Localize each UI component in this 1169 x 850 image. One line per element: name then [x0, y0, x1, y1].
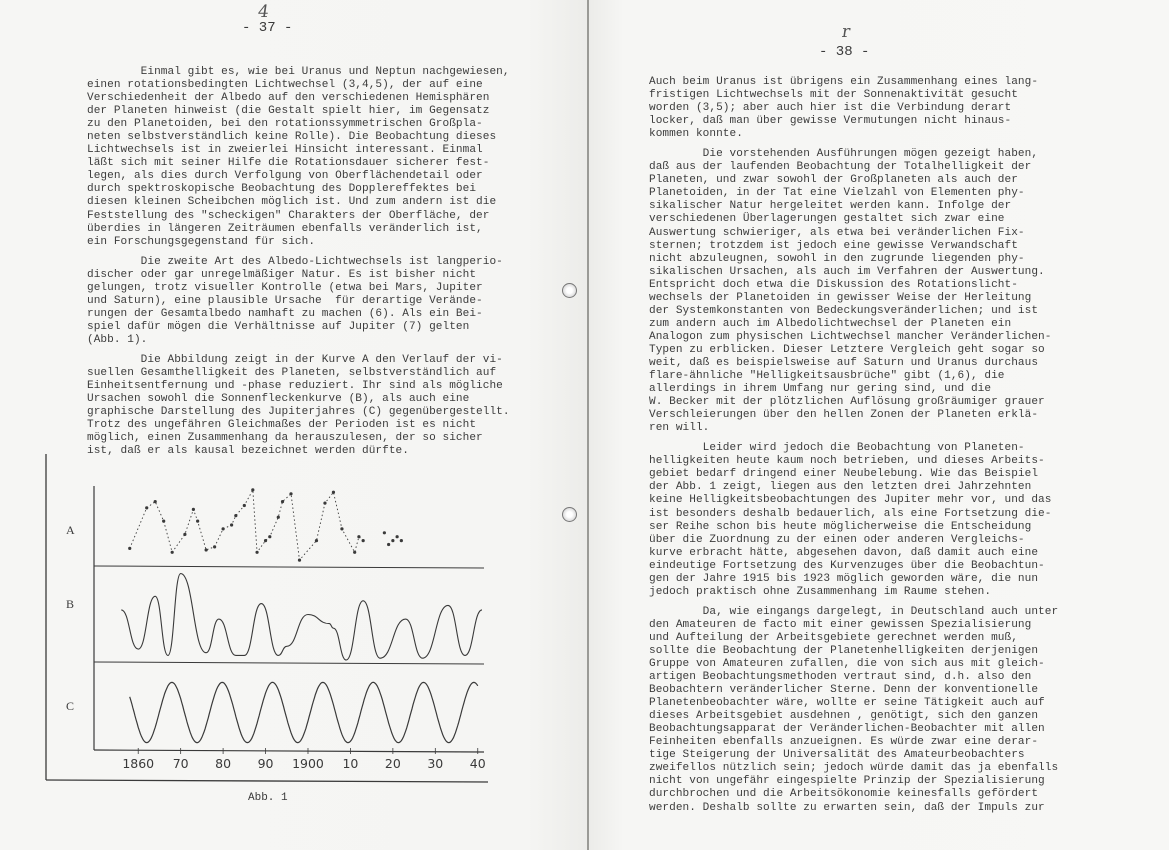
svg-text:90: 90 [258, 756, 274, 771]
text-line: sternen; trotzdem ist jedoch eine gewiss… [649, 240, 1058, 253]
svg-text:20: 20 [385, 756, 401, 771]
text-line: und Aufteilung der Arbeitsgebiete gerech… [649, 632, 1058, 645]
text-line: überdies in längeren Zeiträumen ebenfall… [87, 223, 510, 236]
text-line: Gruppe von Amateuren zufallen, die von s… [649, 658, 1058, 671]
paragraph: Auch beim Uranus ist übrigens ein Zusamm… [649, 76, 1058, 141]
paragraph: Die zweite Art des Albedo-Lichtwechsels … [87, 256, 510, 347]
text-line: über die Zuordnung zu der einen oder and… [649, 534, 1058, 547]
paragraph: Da, wie eingangs dargelegt, in Deutschla… [649, 606, 1058, 815]
text-line: eindeutige Fortsetzung des Kurvenzuges ü… [649, 560, 1058, 573]
text-line: einen rotationsbedingten Lichtwechsel (3… [87, 79, 510, 92]
text-line: artigen Beobachtungsmethoden vertraut si… [649, 671, 1058, 684]
text-line: nicht von ungefähr eingespielte Prinzip … [649, 775, 1058, 788]
text-line: neten selbstverständlich keine Rolle). D… [87, 131, 510, 144]
svg-text:70: 70 [173, 756, 189, 771]
text-line: Entspricht doch etwa die Diskussion des … [649, 279, 1058, 292]
text-line: und Saturn), eine plausible Ursache für … [87, 295, 510, 308]
text-line: spiel dafür mögen die Verhältnisse auf J… [87, 321, 510, 334]
handwritten-page-mark: 4 [257, 2, 271, 22]
page-number: - 38 - [819, 44, 869, 60]
svg-text:B: B [66, 597, 74, 611]
right-body-text: Auch beim Uranus ist übrigens ein Zusamm… [649, 76, 1058, 822]
text-line: diesen kleinen Scheibchen möglich ist. U… [87, 196, 510, 209]
text-line: W. Becker mit der plötzlichen Auflösung … [649, 396, 1058, 409]
text-line: ist besonders deshalb bedauerlich, als e… [649, 508, 1058, 521]
text-line: gebiet bedarf dringend einer Neubelebung… [649, 468, 1058, 481]
text-line: gen der Jahre 1915 bis 1923 möglich gewo… [649, 573, 1058, 586]
left-body-text: Einmal gibt es, wie bei Uranus und Neptu… [87, 66, 510, 465]
text-line: (Abb. 1). [87, 334, 510, 347]
scanned-book-spread: 4 - 37 - Einmal gibt es, wie bei Uranus … [0, 0, 1169, 850]
text-line: fristigen Lichtwechsels mit der Sonnenak… [649, 89, 1058, 102]
text-line: dieses Arbeitsgebiet ausdehnen , genötig… [649, 710, 1058, 723]
text-line: durch spektroskopische Beobachtung des D… [87, 183, 510, 196]
text-line: suellen Gesamthelligkeit des Planeten, s… [87, 367, 510, 380]
page-number: - 37 - [242, 20, 292, 36]
text-line: Trotz des ungefähren Gleichmaßes der Per… [87, 419, 510, 432]
right-page: r - 38 - Auch beim Uranus ist übrigens e… [589, 0, 1169, 850]
text-line: Lichtwechsels ist in zweierlei Hinsicht … [87, 144, 510, 157]
left-page: 4 - 37 - Einmal gibt es, wie bei Uranus … [0, 0, 587, 850]
handwritten-page-mark: r [841, 22, 852, 42]
text-line: Planetenbeobachter wäre, wollte er seine… [649, 697, 1058, 710]
svg-text:30: 30 [427, 756, 443, 771]
text-line: Auch beim Uranus ist übrigens ein Zusamm… [649, 76, 1058, 89]
text-line: Planeten, und zwar sowohl der Großplanet… [649, 174, 1058, 187]
text-line: ren will. [649, 422, 1058, 435]
figure-abb-1: ABC1860708090190010203040 [44, 454, 489, 784]
text-line: Die Abbildung zeigt in der Kurve A den V… [87, 354, 510, 367]
svg-text:1900: 1900 [292, 756, 324, 771]
text-line: Beobachtern veränderlicher Sterne. Denn … [649, 684, 1058, 697]
text-line: graphische Darstellung des Jupiterjahres… [87, 406, 510, 419]
text-line: worden (3,5); aber auch hier ist die Ver… [649, 102, 1058, 115]
text-line: helligkeiten heute kaum noch betrieben, … [649, 455, 1058, 468]
text-line: möglich, einen Zusammenhang da herauszul… [87, 432, 510, 445]
text-line: zu den Planetoiden, bei den rotationssym… [87, 118, 510, 131]
text-line: kurve erbracht hätte, abgesehen davon, d… [649, 547, 1058, 560]
text-line: den Amateuren de facto mit einer gewisse… [649, 619, 1058, 632]
text-line: der Abb. 1 zeigt, liegen aus den letzten… [649, 481, 1058, 494]
text-line: sikalischer Natur hergeleitet werden kan… [649, 200, 1058, 213]
text-line: tige Steigerung der Universalität des Am… [649, 749, 1058, 762]
text-line: weit, daß es beispielsweise auf Saturn u… [649, 357, 1058, 370]
text-line: Da, wie eingangs dargelegt, in Deutschla… [649, 606, 1058, 619]
text-line: sollte die Beobachtung der Planetenhelli… [649, 645, 1058, 658]
paragraph: Leider wird jedoch die Beobachtung von P… [649, 442, 1058, 599]
text-line: Verschleierungen über den hellen Zonen d… [649, 409, 1058, 422]
text-line: gelungen, trotz visueller Kontrolle (etw… [87, 282, 510, 295]
figure-caption: Abb. 1 [248, 792, 288, 804]
text-line: Einmal gibt es, wie bei Uranus und Neptu… [87, 66, 510, 79]
text-line: Verschiedenheit der Albedo auf den versc… [87, 92, 510, 105]
text-line: Die zweite Art des Albedo-Lichtwechsels … [87, 256, 510, 269]
text-line: Einheitsentfernung und -phase reduziert.… [87, 380, 510, 393]
text-line: Ursachen sowohl die Sonnenfleckenkurve (… [87, 393, 510, 406]
paragraph: Die Abbildung zeigt in der Kurve A den V… [87, 354, 510, 458]
text-line: Analogon zum physischen Lichtwechsel man… [649, 331, 1058, 344]
text-line: rungen der Gesamtalbedo namhaft zu mache… [87, 308, 510, 321]
text-line: discher oder gar unregelmäßiger Natur. E… [87, 269, 510, 282]
text-line: der Systemkonstanten von Bedeckungsverän… [649, 305, 1058, 318]
text-line: kommen konnte. [649, 128, 1058, 141]
text-line: legen, als dies durch Verfolgung von Obe… [87, 170, 510, 183]
text-line: der Planeten hinweist (die Gestalt spiel… [87, 105, 510, 118]
text-line: allerdings in ihrem Umfang nur gering si… [649, 383, 1058, 396]
text-line: Beobachtungsapparat der Veränderlichen-B… [649, 723, 1058, 736]
text-line: läßt sich mit seiner Hilfe die Rotations… [87, 157, 510, 170]
text-line: ein Forschungsgegenstand für sich. [87, 236, 510, 249]
text-line: zum andern auch im Albedolichtwechsel de… [649, 318, 1058, 331]
svg-text:80: 80 [215, 756, 231, 771]
paragraph: Die vorstehenden Ausführungen mögen geze… [649, 148, 1058, 435]
svg-text:40: 40 [470, 756, 486, 771]
svg-text:10: 10 [342, 756, 358, 771]
text-line: zweifellos nützlich sein; jedoch würde d… [649, 762, 1058, 775]
svg-text:1860: 1860 [122, 756, 154, 771]
svg-text:A: A [66, 523, 75, 537]
text-line: daß aus der laufenden Beobachtung der To… [649, 161, 1058, 174]
text-line: ser Reihe schon bis heute möglicherweise… [649, 521, 1058, 534]
text-line: keine Helligkeitsbeobachtungen des Jupit… [649, 494, 1058, 507]
text-line: sikalischen Ursachen, als auch im Verfah… [649, 266, 1058, 279]
punch-hole [562, 283, 577, 298]
paragraph: Einmal gibt es, wie bei Uranus und Neptu… [87, 66, 510, 249]
text-line: verschiedenen Überlagerungen gestaltet s… [649, 213, 1058, 226]
text-line: werden. Deshalb sollte zu erwarten sein,… [649, 802, 1058, 815]
text-line: Feinheiten ebenfalls anzueignen. Es würd… [649, 736, 1058, 749]
text-line: Typen zu erblicken. Dieser Letztere Verg… [649, 344, 1058, 357]
text-line: Die vorstehenden Ausführungen mögen geze… [649, 148, 1058, 161]
text-line: nicht abzuleugnen, sowohl in den zugrund… [649, 253, 1058, 266]
text-line: Feststellung des "scheckigen" Charakters… [87, 210, 510, 223]
punch-hole [562, 507, 577, 522]
text-line: Planetoiden, in der Tat eine Vielzahl vo… [649, 187, 1058, 200]
text-line: Leider wird jedoch die Beobachtung von P… [649, 442, 1058, 455]
svg-text:C: C [66, 699, 74, 713]
text-line: durchbrochen und die Arbeitsökonomie kei… [649, 788, 1058, 801]
text-line: jedoch praktisch ohne Zusammenhang im Ra… [649, 586, 1058, 599]
text-line: locker, daß man über gewisse Vermutungen… [649, 115, 1058, 128]
text-line: flare-ähnliche "Helligkeitsausbrüche" gi… [649, 370, 1058, 383]
text-line: Auswertung schwieriger, als etwa bei ver… [649, 227, 1058, 240]
text-line: wechsels der Planetoiden in gewisser Wei… [649, 292, 1058, 305]
